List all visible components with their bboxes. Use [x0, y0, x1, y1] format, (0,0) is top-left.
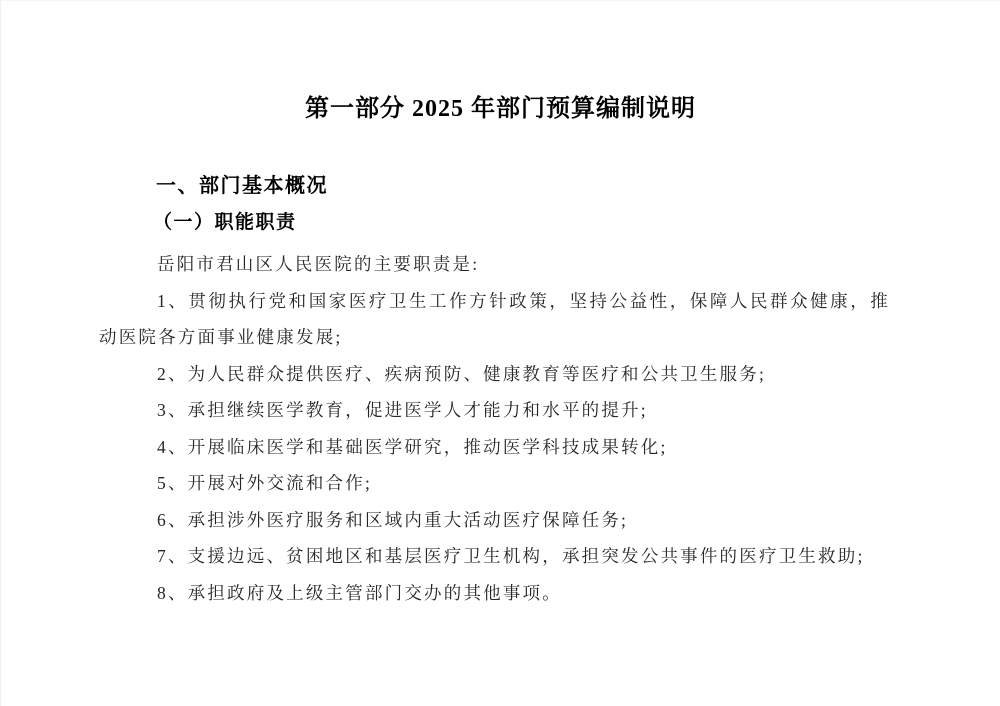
section-heading-department-overview: 一、部门基本概况 [156, 172, 890, 200]
subsection-heading-functions-duties: （一）职能职责 [153, 209, 890, 237]
paragraph: 7、支援边远、贫困地区和基层医疗卫生机构，承担突发公共事件的医疗卫生救助; [99, 538, 890, 575]
paragraph: 6、承担涉外医疗服务和区域内重大活动医疗保障任务; [99, 502, 890, 539]
paragraph: 8、承担政府及上级主管部门交办的其他事项。 [99, 575, 890, 612]
body-paragraphs: 岳阳市君山区人民医院的主要职责是:1、贯彻执行党和国家医疗卫生工作方针政策，坚持… [99, 246, 890, 611]
paragraph: 1、贯彻执行党和国家医疗卫生工作方针政策，坚持公益性，保障人民群众健康，推动医院… [99, 283, 890, 356]
document-content: 一、部门基本概况 （一）职能职责 岳阳市君山区人民医院的主要职责是:1、贯彻执行… [99, 172, 890, 611]
paragraph: 5、开展对外交流和合作; [99, 465, 890, 502]
paragraph: 4、开展临床医学和基础医学研究，推动医学科技成果转化; [99, 429, 890, 466]
paragraph: 岳阳市君山区人民医院的主要职责是: [99, 246, 890, 283]
paragraph: 2、为人民群众提供医疗、疾病预防、健康教育等医疗和公共卫生服务; [99, 356, 890, 393]
paragraph: 3、承担继续医学教育，促进医学人才能力和水平的提升; [99, 392, 890, 429]
document-page: 第一部分 2025 年部门预算编制说明 一、部门基本概况 （一）职能职责 岳阳市… [0, 0, 1000, 706]
document-title: 第一部分 2025 年部门预算编制说明 [1, 91, 1000, 127]
